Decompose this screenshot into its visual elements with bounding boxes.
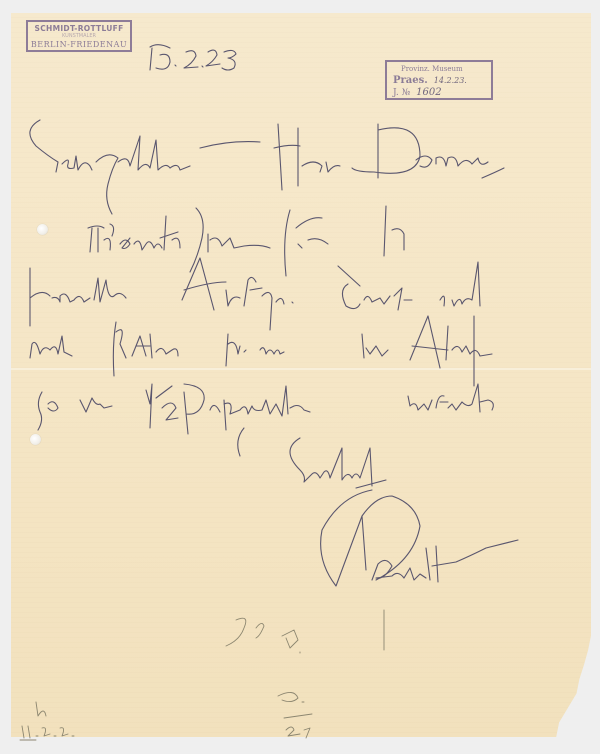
handwritten-closing (290, 438, 386, 488)
handwritten-body-line-2 (30, 258, 480, 330)
handwritten-body-line-1 (88, 206, 404, 276)
handwritten-body-line-3 (30, 316, 492, 386)
handwriting-layer (0, 0, 600, 754)
archival-annotations (20, 610, 384, 740)
handwritten-body-line-4 (38, 384, 493, 456)
handwritten-signature (321, 490, 518, 586)
handwritten-date (150, 45, 236, 70)
handwritten-salutation (30, 120, 504, 214)
